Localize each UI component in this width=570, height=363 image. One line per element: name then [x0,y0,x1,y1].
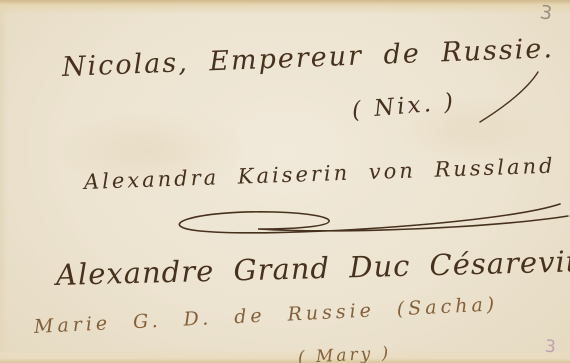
signature-marie: Marie G. D. de Russie (Sacha) [33,293,498,338]
album-page: 3 Nicolas, Empereur de Russie. ( Nix. ) … [0,0,570,363]
signature-alexandra: Alexandra Kaiserin von Russland [84,154,556,194]
page-number-pencil: 3 [538,1,553,24]
annotation-mary-partial: ( Mary ) [297,343,391,363]
annotation-nix: ( Nix. ) [351,89,457,124]
signature-alexandre: Alexandre Grand Duc Césarevitch [56,243,570,292]
page-number-crayon: 3 [544,337,556,358]
pen-flourish-tail [476,68,546,128]
signature-flourish-underline [140,198,570,242]
